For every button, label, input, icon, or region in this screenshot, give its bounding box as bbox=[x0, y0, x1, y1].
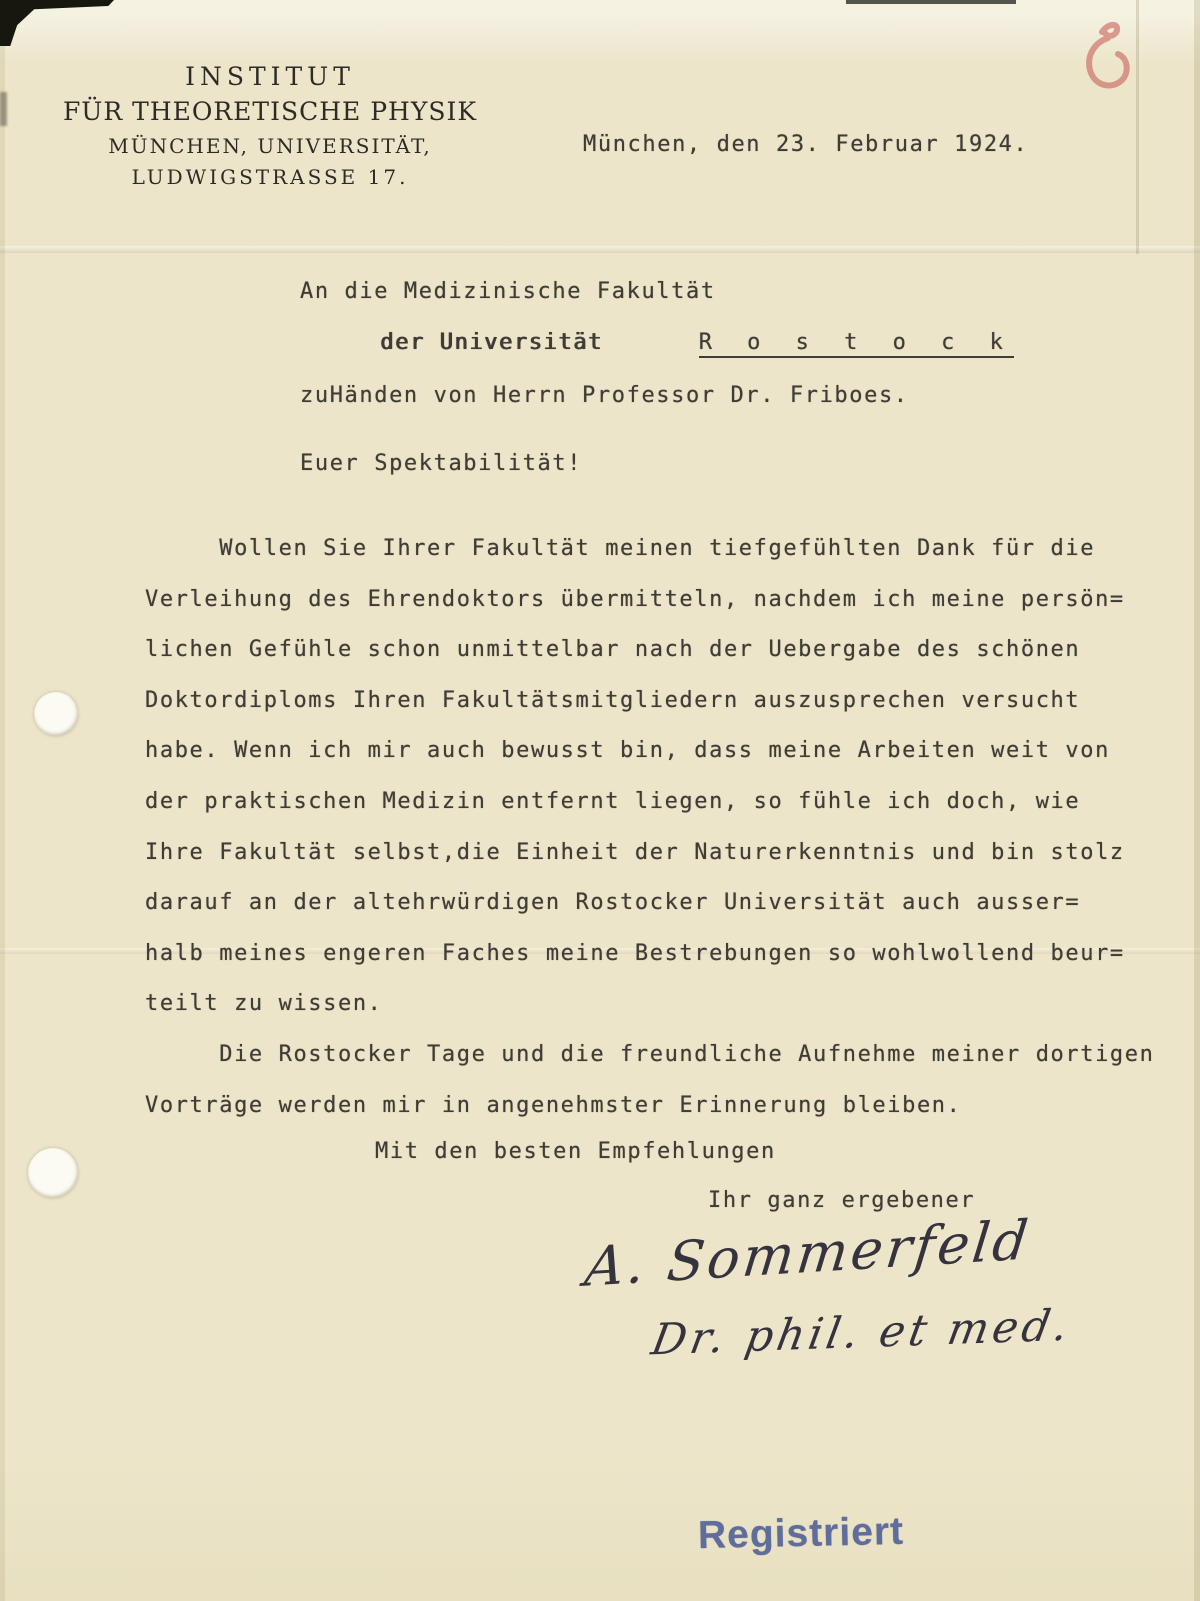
letter-line: Vorträge werden mir in angenehmster Erin… bbox=[145, 1081, 1175, 1132]
signature-title: Dr. phil. et med. bbox=[648, 1301, 1076, 1366]
letter-line: der praktischen Medizin entfernt liegen,… bbox=[145, 777, 1175, 828]
letter-line: Verleihung des Ehrendoktors übermitteln,… bbox=[145, 575, 1175, 626]
letter-line: darauf an der altehrwürdigen Rostocker U… bbox=[145, 878, 1175, 929]
closing-regards: Mit den besten Empfehlungen bbox=[375, 1139, 776, 1164]
letter-line: Wollen Sie Ihrer Fakultät meinen tiefgef… bbox=[145, 524, 1175, 575]
recipient-line-1: An die Medizinische Fakultät bbox=[300, 279, 716, 304]
punch-hole-lower bbox=[28, 1148, 78, 1198]
letter-line: Doktordiploms Ihren Fakultätsmitgliedern… bbox=[145, 676, 1175, 727]
letter-page: INSTITUT FÜR THEORETISCHE PHYSIK MÜNCHEN… bbox=[0, 0, 1200, 1601]
letter-line: Die Rostocker Tage und die freundliche A… bbox=[145, 1030, 1175, 1081]
closing-valediction: Ihr ganz ergebener bbox=[708, 1188, 975, 1213]
letterhead-line: INSTITUT bbox=[40, 62, 500, 91]
fold-crease-upper bbox=[0, 246, 1200, 253]
letterhead-line: MÜNCHEN, UNIVERSITÄT, bbox=[40, 134, 500, 158]
registered-stamp: Registriert bbox=[698, 1510, 905, 1558]
letter-line: teilt zu wissen. bbox=[145, 979, 1175, 1030]
paper-top-light-band bbox=[0, 0, 1200, 66]
letterhead-line: LUDWIGSTRASSE 17. bbox=[40, 165, 500, 189]
punch-hole-upper bbox=[34, 692, 78, 736]
dateline: München, den 23. Februar 1924. bbox=[583, 132, 1028, 157]
letter-line: Ihre Fakultät selbst,die Einheit der Nat… bbox=[145, 828, 1175, 879]
recipient-city-underlined: R o s t o c k bbox=[699, 330, 1014, 358]
letter-line: habe. Wenn ich mir auch bewusst bin, das… bbox=[145, 726, 1175, 777]
letterhead-line: FÜR THEORETISCHE PHYSIK bbox=[40, 97, 500, 126]
letter-body: Wollen Sie Ihrer Fakultät meinen tiefgef… bbox=[145, 524, 1175, 1131]
scan-edge-right bbox=[1194, 0, 1200, 1601]
recipient-line-3: zuHänden von Herrn Professor Dr. Friboes… bbox=[300, 383, 909, 408]
letter-line: lichen Gefühle schon unmittelbar nach de… bbox=[145, 625, 1175, 676]
letter-line: halb meines engeren Faches meine Bestreb… bbox=[145, 929, 1175, 980]
recipient-line-2: der UniversitätR o s t o c k bbox=[380, 330, 1014, 358]
red-pencil-mark bbox=[1072, 18, 1152, 108]
paper-bottom-shade bbox=[0, 1461, 1200, 1601]
scan-edge-top-sliver bbox=[846, 0, 1016, 4]
salutation: Euer Spektabilität! bbox=[300, 451, 582, 476]
recipient-university: der Universität bbox=[380, 330, 603, 355]
edge-smudge bbox=[0, 92, 7, 126]
signature-name: A. Sommerfeld bbox=[582, 1208, 1034, 1299]
scan-edge-left bbox=[0, 0, 5, 1601]
